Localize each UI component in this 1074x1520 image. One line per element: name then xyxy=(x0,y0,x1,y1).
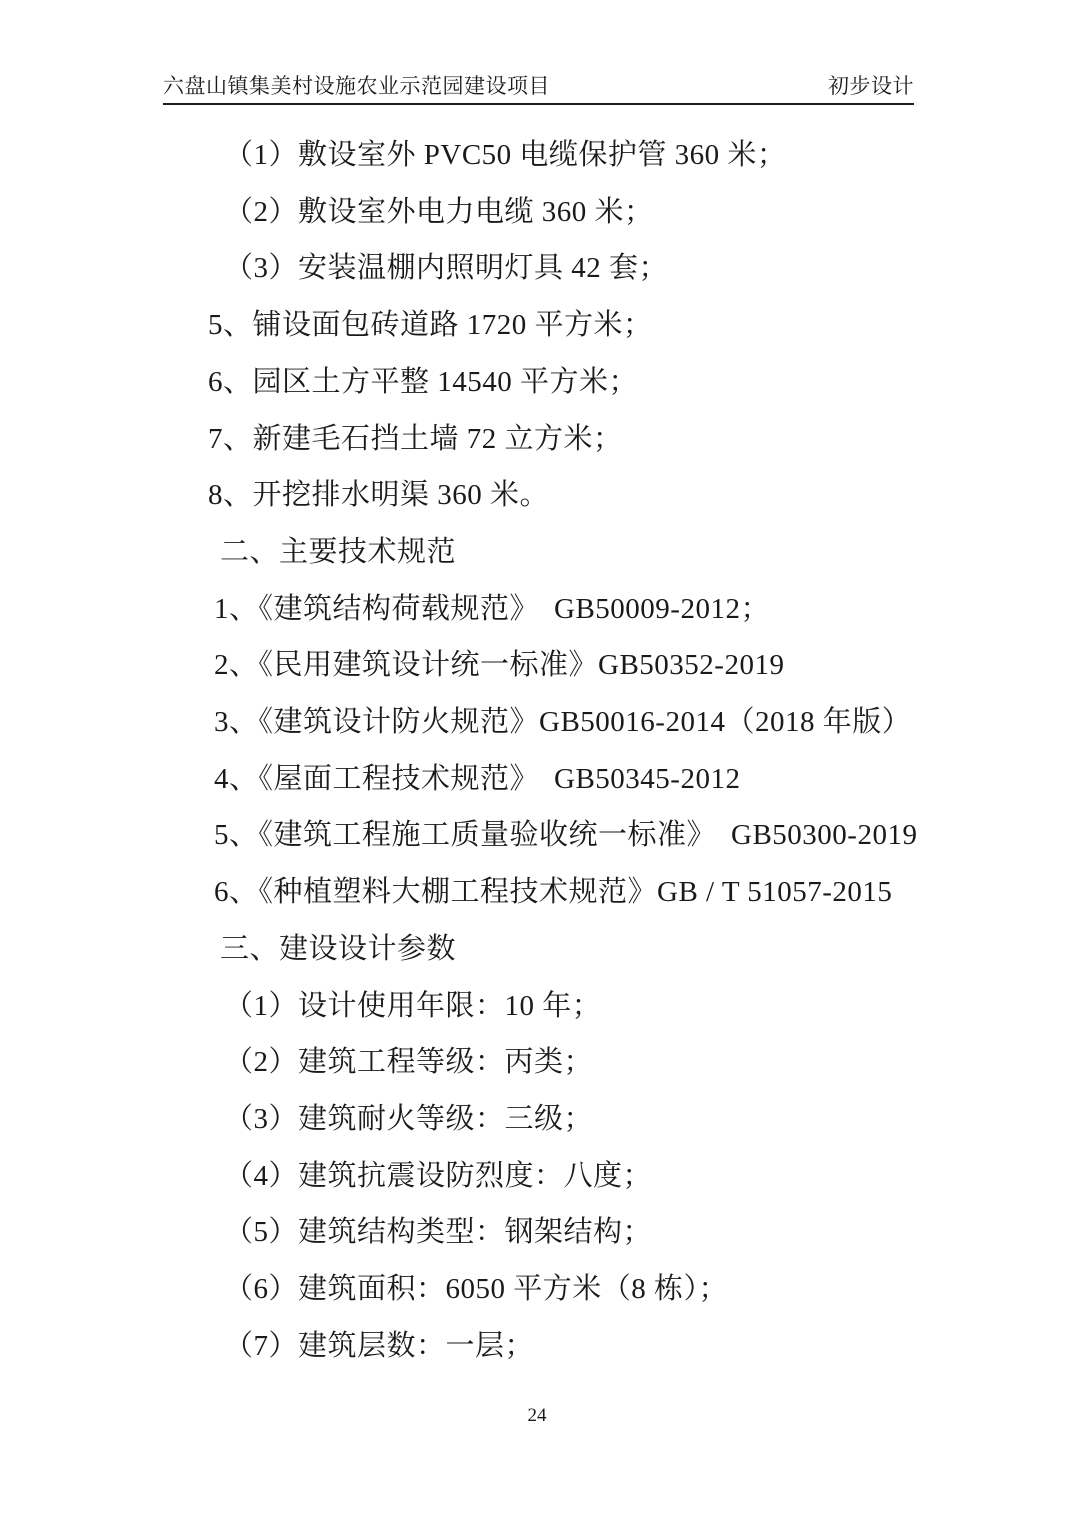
list-item: 5、铺设面包砖道路 1720 平方米； xyxy=(0,297,1074,354)
list-item: 6、《种植塑料大棚工程技术规范》GB / T 51057-2015 xyxy=(0,864,1074,921)
list-item: （6）建筑面积：6050 平方米（8 栋）； xyxy=(0,1261,1074,1318)
header-project-title: 六盘山镇集美村设施农业示范园建设项目 xyxy=(163,75,550,97)
list-item: 8、开挖排水明渠 360 米。 xyxy=(0,467,1074,524)
list-item: （2）敷设室外电力电缆 360 米； xyxy=(0,184,1074,241)
section-heading: 三、建设设计参数 xyxy=(0,921,1074,978)
list-item: （1）敷设室外 PVC50 电缆保护管 360 米； xyxy=(0,127,1074,184)
list-item: （7）建筑层数：一层； xyxy=(0,1318,1074,1375)
page-number: 24 xyxy=(0,1404,1074,1428)
page-header: 六盘山镇集美村设施农业示范园建设项目 初步设计 xyxy=(163,75,914,105)
list-item: 4、《屋面工程技术规范》 GB50345-2012 xyxy=(0,751,1074,808)
list-item: 6、园区土方平整 14540 平方米； xyxy=(0,354,1074,411)
list-item: 3、《建筑设计防火规范》GB50016-2014（2018 年版） xyxy=(0,694,1074,751)
header-doc-type: 初步设计 xyxy=(828,75,914,97)
list-item: 5、《建筑工程施工质量验收统一标准》 GB50300-2019 xyxy=(0,807,1074,864)
section-heading: 二、主要技术规范 xyxy=(0,524,1074,581)
list-item: 2、《民用建筑设计统一标准》GB50352-2019 xyxy=(0,637,1074,694)
list-item: （5）建筑结构类型：钢架结构； xyxy=(0,1204,1074,1261)
document-body: （1）敷设室外 PVC50 电缆保护管 360 米； （2）敷设室外电力电缆 3… xyxy=(0,127,1074,1374)
list-item: 1、《建筑结构荷载规范》 GB50009-2012； xyxy=(0,581,1074,638)
list-item: （3）安装温棚内照明灯具 42 套； xyxy=(0,240,1074,297)
list-item: （1）设计使用年限：10 年； xyxy=(0,978,1074,1035)
list-item: （4）建筑抗震设防烈度：八度； xyxy=(0,1148,1074,1205)
list-item: （3）建筑耐火等级：三级； xyxy=(0,1091,1074,1148)
document-page: 六盘山镇集美村设施农业示范园建设项目 初步设计 （1）敷设室外 PVC50 电缆… xyxy=(0,0,1074,1520)
list-item: （2）建筑工程等级：丙类； xyxy=(0,1034,1074,1091)
list-item: 7、新建毛石挡土墙 72 立方米； xyxy=(0,411,1074,468)
